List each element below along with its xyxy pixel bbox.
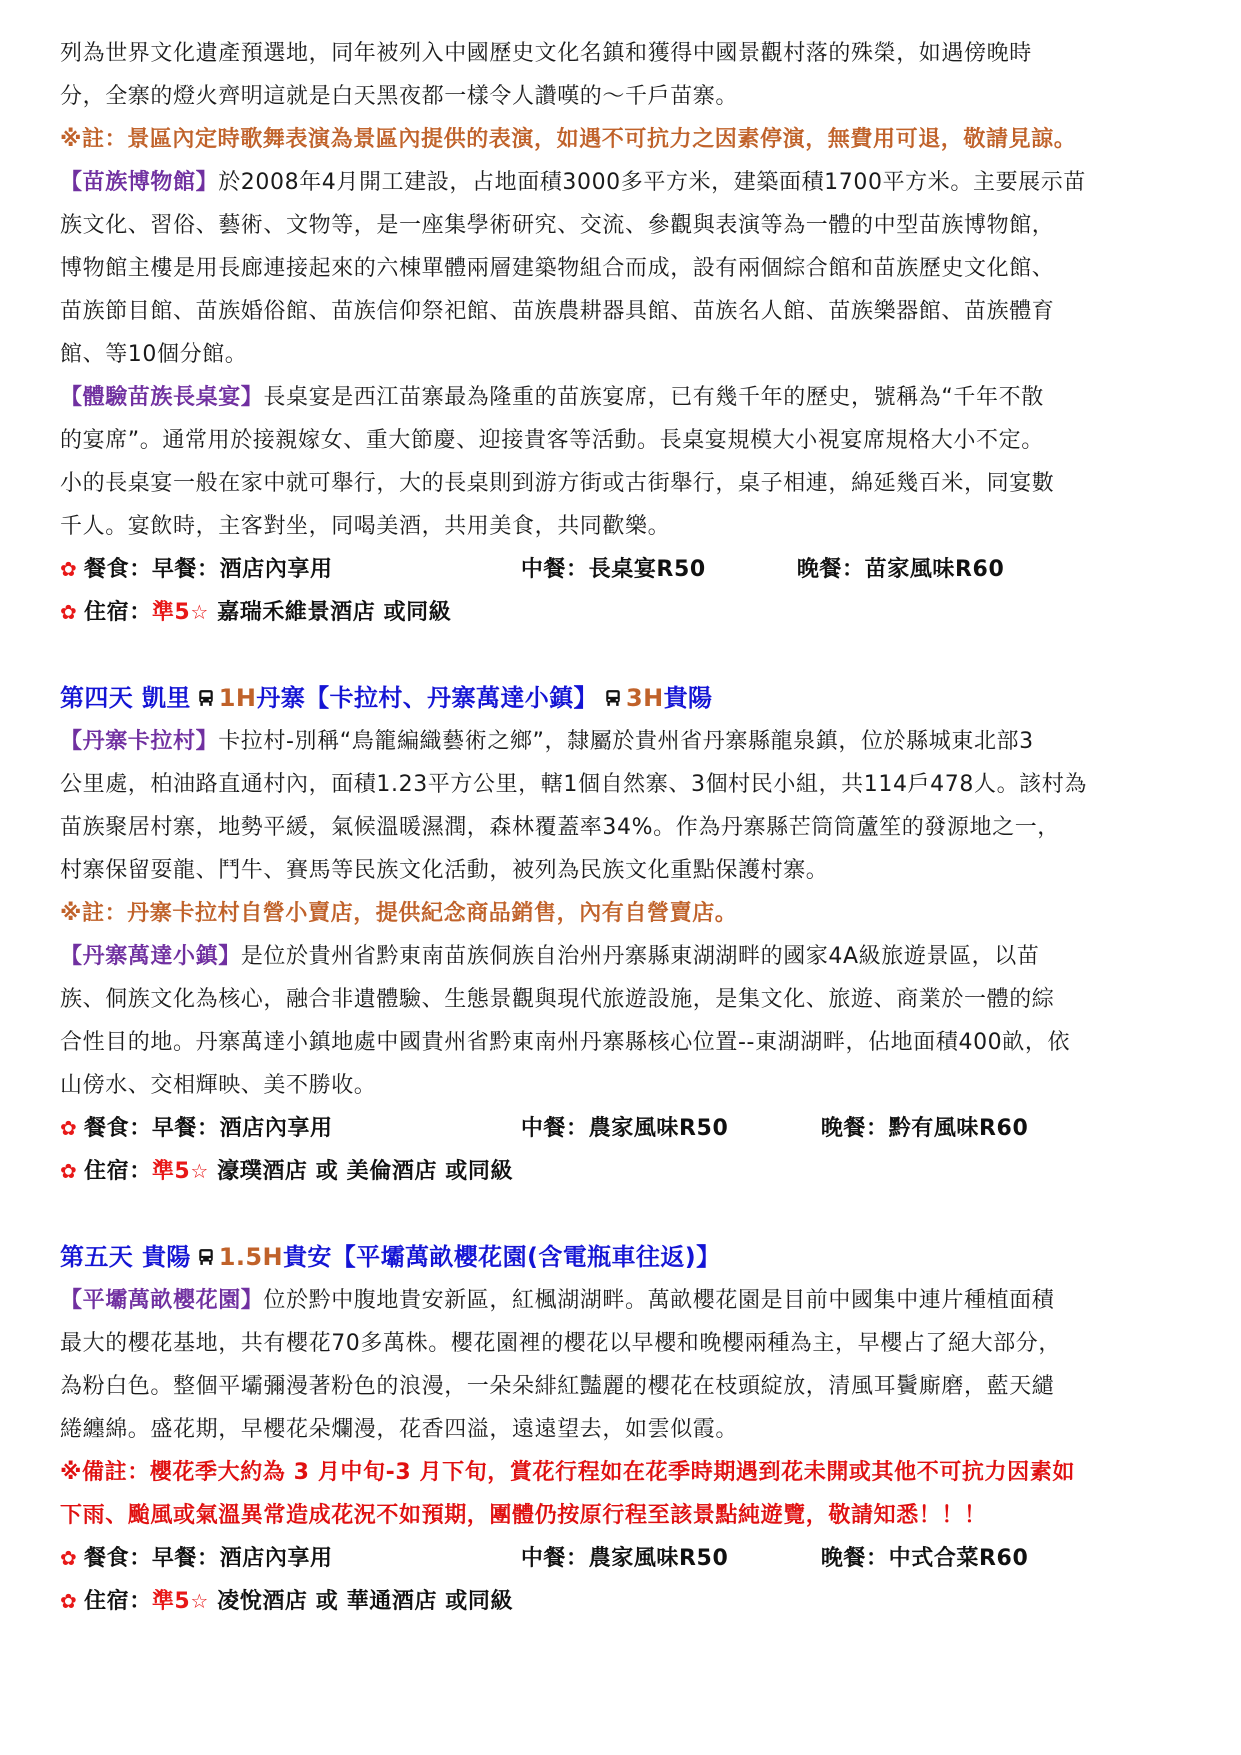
day5-stop1: 貴安【平壩萬畝櫻花園(含電瓶車往返)】 xyxy=(283,1243,721,1271)
lunch: 中餐：長桌宴R50 xyxy=(521,548,797,591)
cherry-line: 為粉白色。整個平壩彌漫著粉色的浪漫，一朵朵緋紅豔麗的櫻花在枝頭綻放，清風耳鬢廝磨… xyxy=(60,1365,1190,1408)
wanda-text: 是位於貴州省黔東南苗族侗族自治州丹寨縣東湖湖畔的國家4A級旅遊景區，以苗 xyxy=(241,944,1040,969)
star-icon: ☆ xyxy=(190,1589,209,1613)
star-icon: ☆ xyxy=(190,600,209,624)
kala-line: 苗族聚居村寨，地勢平緩，氣候溫暖濕潤，森林覆蓋率34%。作為丹寨縣芒筒筒蘆笙的發… xyxy=(60,806,1190,849)
wanda-line: 山傍水、交相輝映、美不勝收。 xyxy=(60,1064,1190,1107)
cherry-line: 最大的櫻花基地，共有櫻花70多萬株。櫻花園裡的櫻花以早櫻和晚櫻兩種為主，早櫻占了… xyxy=(60,1322,1190,1365)
day4-meals: ✿餐食：早餐：酒店內享用中餐：農家風味R50晚餐：黔有風味R60 xyxy=(60,1107,1190,1150)
breakfast: 早餐：酒店內享用 xyxy=(152,1107,521,1150)
duration: 1.5H xyxy=(219,1243,283,1271)
flower-icon: ✿ xyxy=(60,548,84,591)
intro-line: 分，全寨的燈火齊明這就是白天黑夜都一樣令人讚嘆的～千戶苗寨。 xyxy=(60,75,1190,118)
cherry-remark: 下雨、颱風或氣溫異常造成花況不如預期，團體仍按原行程至該景點純遊覽，敬請知悉！！… xyxy=(60,1494,1190,1537)
day5-label: 第五天 貴陽 xyxy=(60,1243,191,1271)
banquet-line: 的宴席”。通常用於接親嫁女、重大節慶、迎接貴客等活動。長桌宴規模大小視宴席規格大… xyxy=(60,419,1190,462)
intro-paragraph: 列為世界文化遺產預選地，同年被列入中國歷史文化名鎮和獲得中國景觀村落的殊榮，如遇… xyxy=(60,32,1190,118)
flower-icon: ✿ xyxy=(60,1107,84,1150)
flower-icon: ✿ xyxy=(60,1580,84,1623)
flower-icon: ✿ xyxy=(60,1150,84,1193)
dinner: 晚餐：中式合菜R60 xyxy=(821,1537,1029,1580)
star-icon: ☆ xyxy=(190,1159,209,1183)
lunch: 中餐：農家風味R50 xyxy=(521,1107,821,1150)
day5-hotel: ✿住宿：準5☆ 凌悅酒店 或 華通酒店 或同級 xyxy=(60,1580,1190,1623)
hotel-label: 住宿： xyxy=(84,1159,152,1184)
hotel-grade: 準5 xyxy=(152,1589,191,1614)
flower-icon: ✿ xyxy=(60,1537,84,1580)
hotel-grade: 準5 xyxy=(152,1159,191,1184)
museum-line: 館、等10個分館。 xyxy=(60,333,1190,376)
cherry-remark: ※備註：櫻花季大約為 3 月中旬-3 月下旬，賞花行程如在花季時期遇到花未開或其… xyxy=(60,1451,1190,1494)
museum-tag: 【苗族博物館】 xyxy=(60,170,218,195)
hotel-name: 濠璞酒店 或 美倫酒店 或同級 xyxy=(217,1159,513,1184)
museum-line: 博物館主樓是用長廊連接起來的六棟單體兩層建築物組合而成，設有兩個綜合館和苗族歷史… xyxy=(60,247,1190,290)
lunch: 中餐：農家風味R50 xyxy=(521,1537,821,1580)
bus-icon xyxy=(604,689,622,707)
cherry-tag: 【平壩萬畝櫻花園】 xyxy=(60,1288,263,1313)
cherry-text: 位於黔中腹地貴安新區，紅楓湖湖畔。萬畝櫻花園是目前中國集中連片種植面積 xyxy=(263,1288,1054,1313)
hotel-name: 嘉瑞禾維景酒店 或同級 xyxy=(217,600,451,625)
meals-label: 餐食： xyxy=(84,557,152,582)
day5-title: 第五天 貴陽1.5H貴安【平壩萬畝櫻花園(含電瓶車往返)】 xyxy=(60,1236,1190,1279)
dinner: 晚餐：黔有風味R60 xyxy=(821,1107,1029,1150)
museum-paragraph: 【苗族博物館】於2008年4月開工建設，占地面積3000多平方米，建築面積170… xyxy=(60,161,1190,376)
breakfast: 早餐：酒店內享用 xyxy=(152,1537,521,1580)
day4-title: 第四天 凱里1H丹寨【卡拉村、丹寨萬達小鎮】3H貴陽 xyxy=(60,677,1190,720)
cherry-paragraph: 【平壩萬畝櫻花園】位於黔中腹地貴安新區，紅楓湖湖畔。萬畝櫻花園是目前中國集中連片… xyxy=(60,1279,1190,1451)
kala-line: 公里處，柏油路直通村內，面積1.23平方公里，轄1個自然寨、3個村民小組，共11… xyxy=(60,763,1190,806)
intro-line: 列為世界文化遺產預選地，同年被列入中國歷史文化名鎮和獲得中國景觀村落的殊榮，如遇… xyxy=(60,32,1190,75)
day4-label: 第四天 凱里 xyxy=(60,684,191,712)
meals-label: 餐食： xyxy=(84,1546,152,1571)
kala-tag: 【丹寨卡拉村】 xyxy=(60,729,218,754)
wanda-tag: 【丹寨萬達小鎮】 xyxy=(60,944,241,969)
cherry-line: 綣纏綿。盛花期，早櫻花朵爛漫，花香四溢，遠遠望去，如雲似霞。 xyxy=(60,1408,1190,1451)
day3-hotel: ✿住宿：準5☆ 嘉瑞禾維景酒店 或同級 xyxy=(60,591,1190,634)
museum-text: 於2008年4月開工建設，占地面積3000多平方米，建築面積1700平方米。主要… xyxy=(218,170,1086,195)
kala-paragraph: 【丹寨卡拉村】卡拉村-別稱“鳥籠編織藝術之鄉”，隸屬於貴州省丹寨縣龍泉鎮，位於縣… xyxy=(60,720,1190,892)
hotel-grade: 準5 xyxy=(152,600,191,625)
kala-line: 村寨保留耍龍、鬥牛、賽馬等民族文化活動，被列為民族文化重點保護村寨。 xyxy=(60,849,1190,892)
day4-stop1: 丹寨【卡拉村、丹寨萬達小鎮】 xyxy=(256,684,598,712)
meals-label: 餐食： xyxy=(84,1116,152,1141)
breakfast: 早餐：酒店內享用 xyxy=(152,548,521,591)
wanda-paragraph: 【丹寨萬達小鎮】是位於貴州省黔東南苗族侗族自治州丹寨縣東湖湖畔的國家4A級旅遊景… xyxy=(60,935,1190,1107)
hotel-name: 凌悅酒店 或 華通酒店 或同級 xyxy=(217,1589,513,1614)
banquet-line: 小的長桌宴一般在家中就可舉行，大的長桌則到游方街或古街舉行，桌子相連，綿延幾百米… xyxy=(60,462,1190,505)
museum-line: 族文化、習俗、藝術、文物等，是一座集學術研究、交流、參觀與表演等為一體的中型苗族… xyxy=(60,204,1190,247)
kala-note: ※註：丹寨卡拉村自營小賣店，提供紀念商品銷售，內有自營賣店。 xyxy=(60,892,1190,935)
day4-hotel: ✿住宿：準5☆ 濠璞酒店 或 美倫酒店 或同級 xyxy=(60,1150,1190,1193)
banquet-paragraph: 【體驗苗族長桌宴】長桌宴是西江苗寨最為隆重的苗族宴席，已有幾千年的歷史，號稱為“… xyxy=(60,376,1190,548)
flower-icon: ✿ xyxy=(60,591,84,634)
bus-icon xyxy=(197,1248,215,1266)
kala-text: 卡拉村-別稱“鳥籠編織藝術之鄉”，隸屬於貴州省丹寨縣龍泉鎮，位於縣城東北部3 xyxy=(218,729,1034,754)
banquet-text: 長桌宴是西江苗寨最為隆重的苗族宴席，已有幾千年的歷史，號稱為“千年不散 xyxy=(263,385,1043,410)
banquet-line: 千人。宴飲時，主客對坐，同喝美酒，共用美食，共同歡樂。 xyxy=(60,505,1190,548)
bus-icon xyxy=(197,689,215,707)
day4-stop2: 貴陽 xyxy=(664,684,713,712)
wanda-line: 合性目的地。丹寨萬達小鎮地處中國貴州省黔東南州丹寨縣核心位置--東湖湖畔，佔地面… xyxy=(60,1021,1190,1064)
performance-note: ※註：景區內定時歌舞表演為景區內提供的表演，如遇不可抗力之因素停演，無費用可退，… xyxy=(60,118,1190,161)
duration: 3H xyxy=(626,684,664,712)
hotel-label: 住宿： xyxy=(84,1589,152,1614)
hotel-label: 住宿： xyxy=(84,600,152,625)
banquet-tag: 【體驗苗族長桌宴】 xyxy=(60,385,263,410)
duration: 1H xyxy=(219,684,257,712)
wanda-line: 族、侗族文化為核心，融合非遺體驗、生態景觀與現代旅遊設施，是集文化、旅遊、商業於… xyxy=(60,978,1190,1021)
day5-meals: ✿餐食：早餐：酒店內享用中餐：農家風味R50晚餐：中式合菜R60 xyxy=(60,1537,1190,1580)
itinerary-page: 列為世界文化遺產預選地，同年被列入中國歷史文化名鎮和獲得中國景觀村落的殊榮，如遇… xyxy=(60,32,1190,1623)
dinner: 晚餐：苗家風味R60 xyxy=(797,548,1005,591)
day3-meals: ✿餐食：早餐：酒店內享用中餐：長桌宴R50晚餐：苗家風味R60 xyxy=(60,548,1190,591)
museum-line: 苗族節目館、苗族婚俗館、苗族信仰祭祀館、苗族農耕器具館、苗族名人館、苗族樂器館、… xyxy=(60,290,1190,333)
